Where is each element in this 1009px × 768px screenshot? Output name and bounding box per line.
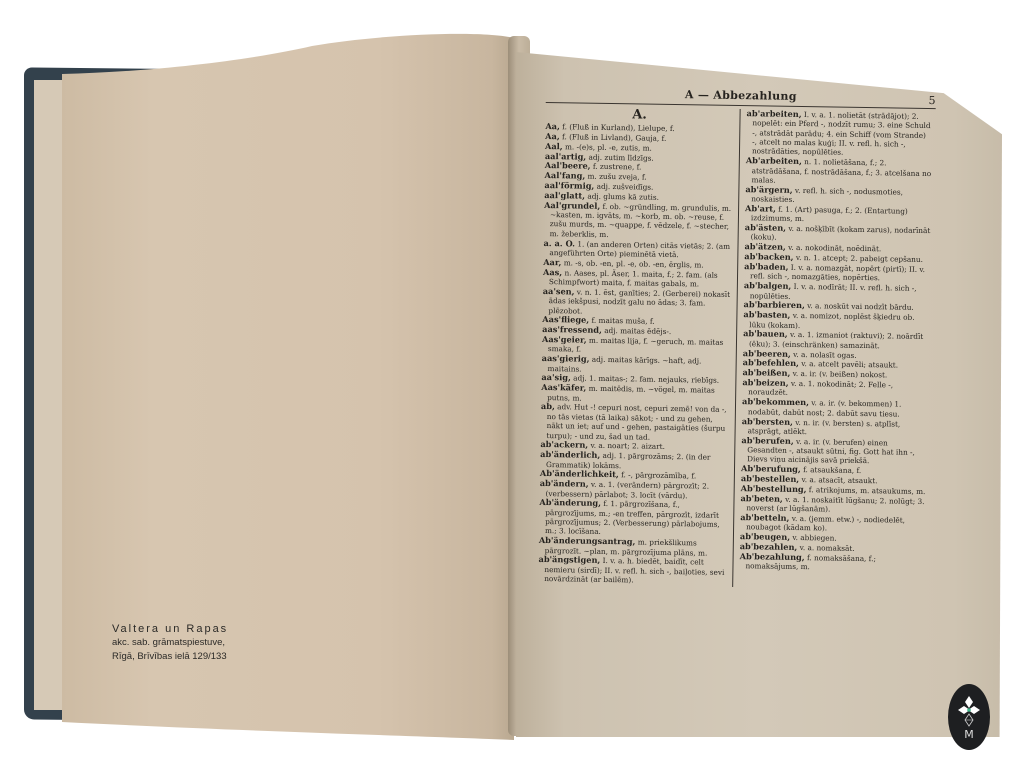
entry-definition: v. abbiegen.: [792, 533, 836, 543]
entry-definition: 1. (an anderen Orten) citās vietās; 2. (…: [549, 239, 730, 259]
printer-imprint: Valtera un Rapas akc. sab. grāmatspiestu…: [112, 622, 272, 664]
entry-definition: adj. zutim līdzīgs.: [588, 152, 653, 162]
entry-headword: ab'arbeiten,: [747, 108, 802, 119]
dictionary-entry: Ab'bezahlung, f. nomaksāšana, f.; nomaks…: [739, 552, 925, 574]
entry-headword: ab'baden,: [744, 261, 788, 272]
watermark-badge: M: [948, 684, 990, 750]
entry-definition: v. a. atsacīt, atsaukt.: [801, 475, 877, 485]
entry-headword: ab'ästen,: [745, 222, 786, 233]
dictionary-entry: aa'sen, v. n. 1. ēst, ganīties; 2. (Gerb…: [542, 287, 730, 318]
dictionary-entry: Ab'änderung, f. 1. pārgrozīšana, f., pār…: [539, 498, 728, 538]
entry-definition: adj. zušveidīgs.: [597, 182, 654, 192]
dictionary-entry: a. a. O. 1. (an anderen Orten) citās vie…: [543, 239, 731, 261]
entry-headword: Ab'änderung,: [539, 497, 601, 508]
entry-definition: v. a. nolasīt ogas.: [793, 350, 857, 360]
dictionary-entry: Ab'arbeiten, n. 1. nolietāšana, f.; 2. a…: [745, 156, 931, 187]
diamond-flower-icon: M: [956, 694, 982, 740]
dictionary-entry: ab, adv. Hut -! cepuri nost, cepuri zemē…: [540, 402, 729, 442]
dictionary-page: A — Abbezahlung 5 A. Aa, f. (Fluß in Kur…: [538, 86, 936, 590]
entry-definition: m. zušu zveja, f.: [587, 172, 646, 182]
letter-heading: A.: [545, 106, 733, 124]
dictionary-entry: ab'ängstigen, I. v. a. h. biedēt, baidīt…: [538, 555, 726, 586]
entry-headword: ab'ängstigen,: [538, 554, 600, 565]
svg-text:M: M: [964, 728, 974, 740]
entry-headword: ab'bauen,: [743, 329, 788, 340]
running-head-title: A — Abbezahlung: [685, 88, 797, 103]
entry-headword: ab'bersten,: [742, 416, 793, 427]
entry-headword: Aar,: [543, 257, 561, 267]
entry-definition: adj. maitas ēdējs-.: [604, 326, 671, 336]
entry-headword: ab'änderlich,: [540, 449, 600, 460]
entry-headword: a. a. O.: [543, 238, 575, 248]
entry-headword: ab'beizen,: [742, 377, 788, 388]
imprint-line-3: Rīgā, Brīvības ielā 129/133: [112, 650, 272, 664]
book-photo: Valtera un Rapas akc. sab. grāmatspiestu…: [0, 0, 1009, 768]
entry-headword: Ab'art,: [745, 203, 776, 213]
entry-definition: v. a. ir. (v. beißen) nokost.: [793, 369, 888, 379]
dictionary-entry: ab'arbeiten, I. v. a. 1. nolietāt (strād…: [746, 109, 933, 159]
entry-headword: ab'beten,: [740, 493, 782, 504]
entry-definition: f. (Fluß in Livland), Gauja, f.: [562, 132, 666, 143]
entry-headword: Ab'arbeiten,: [746, 155, 802, 166]
entry-headword: aa'sen,: [543, 286, 575, 296]
entry-headword: Aal,: [545, 141, 563, 151]
dictionary-entry: Aal'grundel, f. ob. ~gründling, m. grund…: [544, 201, 733, 241]
entry-definition: v. a. nomaksāt.: [800, 543, 855, 553]
entry-definition: f. atsaukšana, f.: [803, 465, 861, 475]
imprint-line-2: akc. sab. grāmatspiestuve,: [112, 636, 272, 650]
entry-headword: ab,: [541, 401, 555, 411]
entry-headword: Aa,: [545, 121, 560, 131]
endpaper-edge: [34, 80, 64, 710]
entry-headword: Aal'grundel,: [544, 200, 600, 211]
entry-headword: ab'basten,: [743, 309, 790, 320]
entry-headword: Aas'geier,: [542, 334, 587, 345]
entry-definition: f. -, pārgrozāmība, f.: [621, 471, 696, 481]
entry-headword: aas'gierig,: [542, 353, 590, 364]
entry-definition: v. a. nokodināt, noēdināt.: [788, 243, 881, 253]
entry-headword: Aas'käfer,: [541, 382, 586, 393]
entry-headword: ab'betteln,: [740, 512, 789, 523]
entry-headword: ab'berufen,: [741, 435, 793, 446]
left-column: A. Aa, f. (Fluß in Kurland), Lielupe, f.…: [538, 106, 739, 587]
entry-headword: Aas,: [543, 267, 562, 277]
entry-headword: ab'balgen,: [744, 280, 792, 291]
entry-definition: v. a. noart; 2. aizart.: [590, 441, 665, 451]
entry-definition: f. zustrene, f.: [593, 162, 642, 172]
right-column: ab'arbeiten, I. v. a. 1. nolietāt (strād…: [732, 109, 932, 590]
entry-headword: aa'sig,: [541, 372, 571, 382]
dictionary-entry: ab'berufen, v. a. ir. (v. berufen) einen…: [741, 436, 927, 467]
entry-headword: Aa,: [545, 131, 560, 141]
entry-definition: v. n. 1. ēst, ganīties; 2. (Gerberei) no…: [548, 287, 730, 315]
entry-headword: Ab'bezahlung,: [740, 551, 805, 562]
imprint-line-1: Valtera un Rapas: [112, 622, 272, 636]
page-number: 5: [928, 94, 936, 107]
entry-headword: ab'ärgern,: [745, 184, 792, 195]
dictionary-columns: A. Aa, f. (Fluß in Kurland), Lielupe, f.…: [538, 106, 935, 590]
entry-headword: ab'bekommen,: [742, 396, 809, 407]
entry-headword: ab'ändern,: [540, 478, 589, 489]
entry-definition: adv. Hut -! cepuri nost, cepuri zemē! vo…: [546, 403, 726, 441]
